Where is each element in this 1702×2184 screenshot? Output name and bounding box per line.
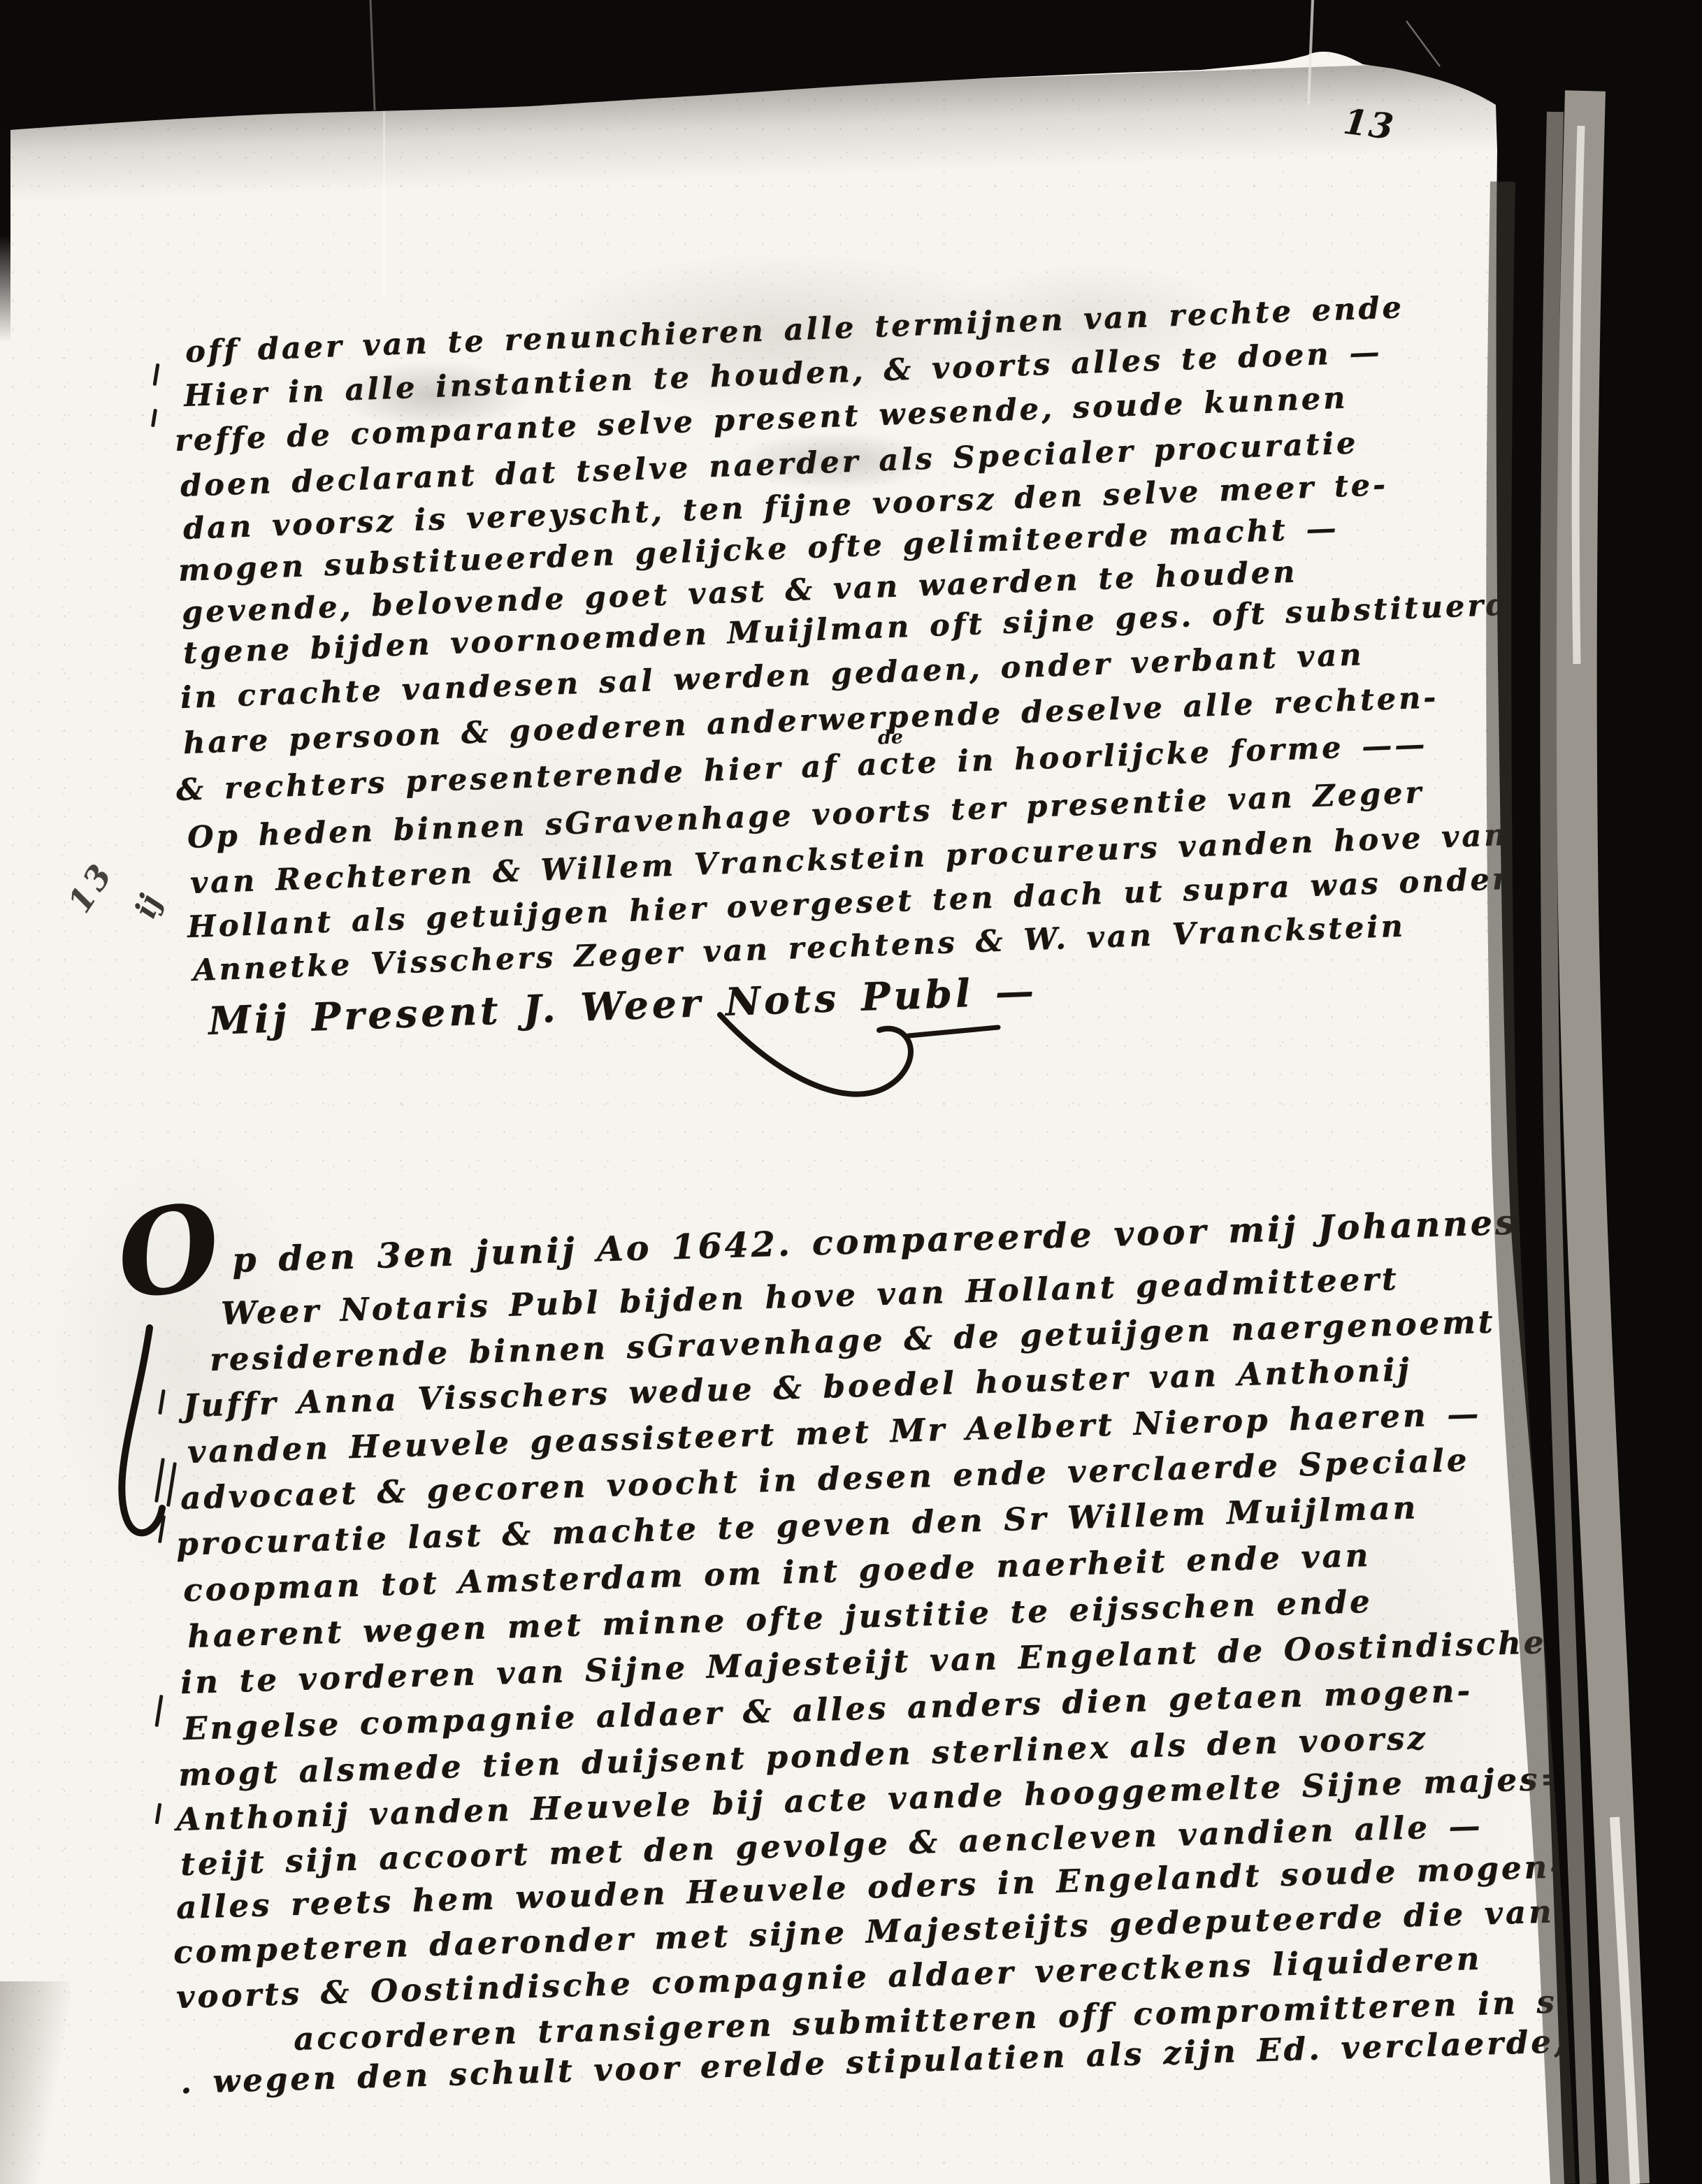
superscript-insertion: de (877, 726, 903, 749)
margin-tick (158, 1515, 166, 1543)
margin-pencil-note: 13 (60, 854, 121, 919)
paper-crease (383, 0, 385, 301)
decorated-initial: O (110, 1186, 227, 1317)
left-scan-edge (0, 105, 10, 342)
margin-tick (154, 1458, 165, 1503)
margin-tick (166, 1462, 177, 1507)
margin-pencil-note-2: ij (128, 890, 168, 923)
manuscript-scan-page: 13 13 ij off daer van te renunchieren al… (0, 0, 1702, 2184)
folio-number: 13 (1341, 101, 1397, 148)
margin-tick (153, 363, 160, 386)
bottom-left-shadow (0, 1981, 70, 2184)
top-edge-shadow (0, 50, 1702, 205)
margin-tick (155, 1803, 162, 1824)
margin-tick (154, 1695, 163, 1727)
margin-tick (158, 1389, 166, 1415)
margin-tick (151, 409, 157, 427)
